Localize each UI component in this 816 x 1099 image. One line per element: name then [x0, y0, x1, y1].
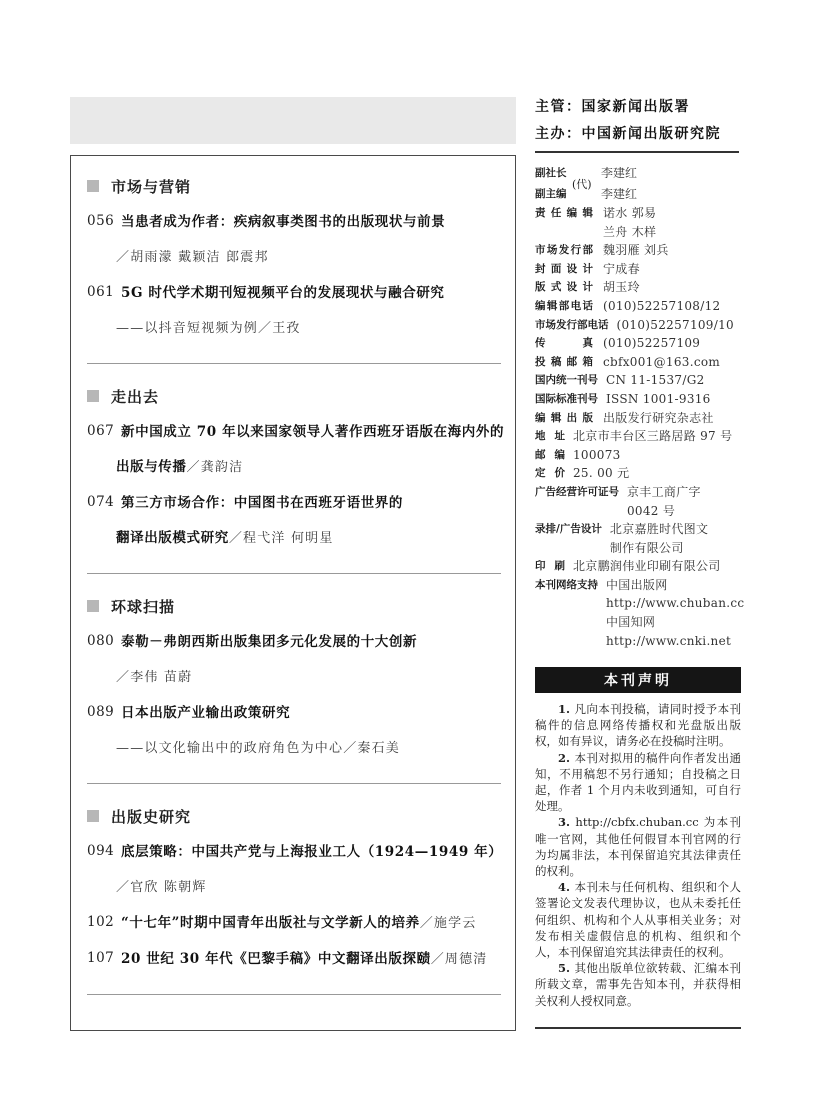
masthead-label: 市场发行部	[535, 241, 593, 260]
entry-author: ／施学云	[420, 916, 477, 931]
masthead-row: 广告经营许可证号京丰工商广字0042 号	[535, 483, 747, 520]
masthead-value-line: 魏羽雁 刘兵	[603, 241, 669, 260]
entry-title: 翻译出版模式研究	[116, 530, 229, 546]
masthead-label: 编辑出版	[535, 409, 593, 428]
acting-note: (代)	[572, 176, 592, 192]
entry-title: 第三方市场合作：中国图书在西班牙语世界的	[121, 495, 403, 511]
statement-body: 1. 凡向本刊投稿，请同时授予本刊稿件的信息网络传播权和光盘版出版权，如有异议，…	[535, 701, 741, 1009]
masthead-row: 定价25. 00 元	[535, 464, 747, 483]
masthead-value-line: 北京嘉胜时代图文	[610, 520, 708, 539]
masthead-value-line: 宁成春	[603, 260, 640, 279]
statement-title: 本刊声明	[604, 670, 672, 690]
masthead-value: (010)52257109	[603, 334, 700, 353]
masthead-row: 国内统一刊号CN 11-1537/G2	[535, 371, 747, 390]
entry-page-number: 089	[87, 695, 114, 729]
masthead-value: 诺水 郭易兰舟 木样	[603, 204, 656, 241]
toc-section: 走出去067新中国成立 70 年以来国家领导人著作西班牙语版在海内外的出版与传播…	[87, 380, 503, 556]
masthead-value-line: CN 11-1537/G2	[606, 371, 705, 390]
masthead-value-line: cbfx001@163.com	[603, 353, 720, 372]
toc-entry-line: ／官欣 陈朝辉	[87, 869, 503, 905]
toc-entry-line: 080泰勒－弗朗西斯出版集团多元化发展的十大创新	[87, 624, 503, 659]
section-bullet-icon	[87, 390, 99, 402]
section-bullet-icon	[87, 180, 99, 192]
section-bullet-icon	[87, 600, 99, 612]
masthead-row: 编辑部电话(010)52257108/12	[535, 297, 747, 316]
entry-title: 20 世纪 30 年代《巴黎手稿》中文翻译出版探赜	[121, 951, 431, 967]
deputy-editor-group: 副社长 副主编 (代) 李建红 李建红	[535, 163, 747, 204]
masthead-value: 北京嘉胜时代图文制作有限公司	[610, 520, 708, 557]
toc-entry-line: 翻译出版模式研究／程弋洋 何明星	[87, 520, 503, 556]
masthead-label: 投稿邮箱	[535, 353, 593, 372]
deputy-chief-editor-name: 李建红	[601, 184, 637, 205]
masthead-value-line: 中国出版网	[606, 576, 744, 595]
masthead-row: 编辑出版出版发行研究杂志社	[535, 409, 747, 428]
masthead-value: 100073	[573, 446, 621, 465]
masthead-gray-banner	[70, 97, 516, 144]
entry-page-number: 056	[87, 204, 114, 238]
masthead-label: 国内统一刊号	[535, 371, 598, 390]
masthead-label: 录排/广告设计	[535, 520, 602, 539]
masthead-label: 地址	[535, 427, 565, 446]
toc-section: 市场与营销056当患者成为作者：疾病叙事类图书的出版现状与前景／胡雨濛 戴颖洁 …	[87, 170, 503, 346]
masthead-label: 定价	[535, 464, 565, 483]
entry-author: ——以文化输出中的政府角色为中心／秦石美	[116, 741, 400, 756]
masthead-value: 胡玉玲	[603, 278, 640, 297]
masthead-rows: 责任编辑诺水 郭易兰舟 木样市场发行部魏羽雁 刘兵封面设计宁成春版式设计胡玉玲编…	[535, 204, 747, 650]
entry-page-number: 061	[87, 275, 114, 309]
toc-entry-line: 0615G 时代学术期刊短视频平台的发展现状与融合研究	[87, 275, 503, 310]
masthead-label: 版式设计	[535, 278, 593, 297]
deputy-labels: 副社长 副主编	[535, 163, 567, 204]
statement-paragraph: 5. 其他出版单位欲转载、汇编本刊所载文章，需事先告知本刊，并获得相关权利人授权…	[535, 960, 741, 1009]
masthead-value-line: 京丰工商广字	[627, 483, 701, 502]
masthead-value: cbfx001@163.com	[603, 353, 720, 372]
entry-title: 5G 时代学术期刊短视频平台的发展现状与融合研究	[121, 285, 445, 301]
masthead-value-line: http://www.cnki.net	[606, 632, 744, 651]
toc-section: 出版史研究094底层策略：中国共产党与上海报业工人（1924—1949 年）／官…	[87, 800, 503, 977]
masthead-value: 25. 00 元	[573, 464, 629, 483]
section-divider	[87, 994, 501, 995]
section-title: 出版史研究	[111, 808, 191, 826]
entry-page-number: 080	[87, 624, 114, 658]
section-title: 环球扫描	[111, 598, 175, 616]
statement-paragraph: 3. http://cbfx.chuban.cc 为本刊唯一官网，其他任何假冒本…	[535, 814, 741, 879]
masthead-row: 投稿邮箱cbfx001@163.com	[535, 353, 747, 372]
masthead-value-line: 出版发行研究杂志社	[603, 409, 714, 428]
masthead-value-line: 胡玉玲	[603, 278, 640, 297]
entry-title: 日本出版产业输出政策研究	[121, 705, 290, 721]
masthead-row: 本刊网络支持中国出版网http://www.chuban.cc中国知网http:…	[535, 576, 747, 650]
section-title: 走出去	[111, 388, 159, 406]
toc-entry-line: 094底层策略：中国共产党与上海报业工人（1924—1949 年）	[87, 834, 503, 869]
masthead-value-line: (010)52257108/12	[603, 297, 720, 316]
masthead-value-line: 中国知网	[606, 613, 744, 632]
masthead-label: 传真	[535, 334, 593, 353]
section-title: 市场与营销	[111, 178, 191, 196]
masthead-value: 中国出版网http://www.chuban.cc中国知网http://www.…	[606, 576, 744, 650]
entry-page-number: 094	[87, 834, 114, 868]
section-divider	[87, 573, 501, 574]
masthead-row: 市场发行部电话(010)52257109/10	[535, 316, 747, 335]
masthead-label: 邮编	[535, 446, 565, 465]
toc-panel-content: 市场与营销056当患者成为作者：疾病叙事类图书的出版现状与前景／胡雨濛 戴颖洁 …	[87, 170, 503, 995]
section-divider	[87, 783, 501, 784]
entry-title: 出版与传播	[116, 459, 187, 475]
masthead-value: 出版发行研究杂志社	[603, 409, 714, 428]
entry-author: ／李伟 苗蔚	[116, 670, 192, 685]
entry-author: ／胡雨濛 戴颖洁 郎震邦	[116, 250, 269, 265]
masthead-value-line: http://www.chuban.cc	[606, 594, 744, 613]
masthead-row: 市场发行部魏羽雁 刘兵	[535, 241, 747, 260]
masthead-label: 责任编辑	[535, 204, 593, 223]
statement-paragraph: 1. 凡向本刊投稿，请同时授予本刊稿件的信息网络传播权和光盘版出版权，如有异议，…	[535, 701, 741, 750]
masthead-value-line: (010)52257109	[603, 334, 700, 353]
publisher-block: 主管：国家新闻出版署 主办：中国新闻出版研究院	[535, 94, 741, 148]
toc-entry-line: ——以文化输出中的政府角色为中心／秦石美	[87, 730, 503, 766]
entry-title: 新中国成立 70 年以来国家领导人著作西班牙语版在海内外的	[121, 424, 504, 440]
masthead-value-line: ISSN 1001-9316	[606, 390, 711, 409]
journal-contents-page: 市场与营销056当患者成为作者：疾病叙事类图书的出版现状与前景／胡雨濛 戴颖洁 …	[0, 0, 816, 1099]
toc-entry-line: 出版与传播／龚韵洁	[87, 449, 503, 485]
toc-entry-line: 056当患者成为作者：疾病叙事类图书的出版现状与前景	[87, 204, 503, 239]
masthead-value-line: 北京市丰台区三路居路 97 号	[573, 427, 732, 446]
masthead-value-line: 0042 号	[627, 502, 701, 521]
statement-paragraph: 4. 本刊未与任何机构、组织和个人签署论文发表代理协议，也从未委托任何组织、机构…	[535, 879, 741, 960]
section-header: 市场与营销	[87, 170, 503, 204]
masthead-value-line: 兰舟 木样	[603, 223, 656, 242]
entry-page-number: 107	[87, 941, 114, 975]
entry-title: 当患者成为作者：疾病叙事类图书的出版现状与前景	[121, 214, 445, 230]
statement-header: 本刊声明	[535, 667, 741, 693]
masthead-row: 责任编辑诺水 郭易兰舟 木样	[535, 204, 747, 241]
masthead-value: 京丰工商广字0042 号	[627, 483, 701, 520]
statement-bottom-divider	[535, 1027, 741, 1029]
masthead-value-line: 25. 00 元	[573, 464, 629, 483]
entry-page-number: 102	[87, 905, 114, 939]
masthead-row: 封面设计宁成春	[535, 260, 747, 279]
masthead-value-line: 北京鹏润伟业印刷有限公司	[573, 557, 721, 576]
entry-author: ／程弋洋 何明星	[229, 531, 334, 546]
entry-page-number: 067	[87, 414, 114, 448]
masthead-value-line: 制作有限公司	[610, 539, 708, 558]
statement-item-number: 2.	[558, 751, 574, 765]
masthead-row: 邮编100073	[535, 446, 747, 465]
publisher-organizer-line: 主办：中国新闻出版研究院	[535, 121, 741, 148]
masthead-value-line: (010)52257109/10	[617, 316, 734, 335]
entry-author: ／龚韵洁	[187, 460, 244, 475]
section-header: 走出去	[87, 380, 503, 414]
section-header: 出版史研究	[87, 800, 503, 834]
masthead-value: ISSN 1001-9316	[606, 390, 711, 409]
deputy-director-name: 李建红	[601, 163, 637, 184]
statement-item-number: 5.	[558, 961, 574, 975]
toc-entry-line: 074第三方市场合作：中国图书在西班牙语世界的	[87, 485, 503, 520]
entry-title: 泰勒－弗朗西斯出版集团多元化发展的十大创新	[121, 634, 417, 650]
toc-entry-line: 102“十七年”时期中国青年出版社与文学新人的培养／施学云	[87, 905, 503, 941]
statement-paragraph: 2. 本刊对拟用的稿件向作者发出通知，不用稿恕不另行通知；自投稿之日起，作者 1…	[535, 750, 741, 815]
masthead-label: 市场发行部电话	[535, 316, 609, 335]
statement-item-number: 1.	[558, 702, 574, 716]
entry-title: “十七年”时期中国青年出版社与文学新人的培养	[121, 915, 420, 931]
masthead-value: 北京市丰台区三路居路 97 号	[573, 427, 732, 446]
toc-section: 环球扫描080泰勒－弗朗西斯出版集团多元化发展的十大创新／李伟 苗蔚089日本出…	[87, 590, 503, 766]
masthead-top-divider	[535, 151, 739, 153]
deputy-values: 李建红 李建红	[601, 163, 637, 204]
section-bullet-icon	[87, 810, 99, 822]
statement-item-number: 3.	[558, 815, 575, 829]
masthead-row: 录排/广告设计北京嘉胜时代图文制作有限公司	[535, 520, 747, 557]
masthead-value: (010)52257108/12	[603, 297, 720, 316]
masthead-value: 宁成春	[603, 260, 640, 279]
masthead-value: 魏羽雁 刘兵	[603, 241, 669, 260]
masthead-panel: 副社长 副主编 (代) 李建红 李建红 责任编辑诺水 郭易兰舟 木样市场发行部魏…	[535, 163, 747, 650]
masthead-row: 传真(010)52257109	[535, 334, 747, 353]
statement-item-number: 4.	[558, 880, 574, 894]
masthead-label: 封面设计	[535, 260, 593, 279]
masthead-label: 广告经营许可证号	[535, 483, 619, 502]
masthead-value-line: 100073	[573, 446, 621, 465]
publisher-supervisor-line: 主管：国家新闻出版署	[535, 94, 741, 121]
entry-author: ／周德清	[431, 952, 488, 967]
masthead-value-line: 诺水 郭易	[603, 204, 656, 223]
masthead-label: 国际标准刊号	[535, 390, 598, 409]
deputy-director-label: 副社长	[535, 163, 567, 184]
toc-entry-line: 067新中国成立 70 年以来国家领导人著作西班牙语版在海内外的	[87, 414, 503, 449]
deputy-chief-editor-label: 副主编	[535, 184, 567, 205]
masthead-label: 本刊网络支持	[535, 576, 598, 595]
toc-panel: 市场与营销056当患者成为作者：疾病叙事类图书的出版现状与前景／胡雨濛 戴颖洁 …	[70, 155, 516, 1031]
toc-entry-line: ／李伟 苗蔚	[87, 659, 503, 695]
entry-title: 底层策略：中国共产党与上海报业工人（1924—1949 年）	[121, 844, 502, 860]
toc-entry-line: ／胡雨濛 戴颖洁 郎震邦	[87, 239, 503, 275]
masthead-row: 版式设计胡玉玲	[535, 278, 747, 297]
masthead-label: 印刷	[535, 557, 565, 576]
toc-entry-line: 089日本出版产业输出政策研究	[87, 695, 503, 730]
section-header: 环球扫描	[87, 590, 503, 624]
toc-entry-line: 10720 世纪 30 年代《巴黎手稿》中文翻译出版探赜／周德清	[87, 941, 503, 977]
entry-author: ——以抖音短视频为例／王孜	[116, 321, 301, 336]
toc-entry-line: ——以抖音短视频为例／王孜	[87, 310, 503, 346]
masthead-row: 地址北京市丰台区三路居路 97 号	[535, 427, 747, 446]
entry-page-number: 074	[87, 485, 114, 519]
masthead-value: (010)52257109/10	[617, 316, 734, 335]
entry-author: ／官欣 陈朝辉	[116, 880, 207, 895]
masthead-value: 北京鹏润伟业印刷有限公司	[573, 557, 721, 576]
section-divider	[87, 363, 501, 364]
masthead-label: 编辑部电话	[535, 297, 593, 316]
masthead-value: CN 11-1537/G2	[606, 371, 705, 390]
masthead-row: 国际标准刊号ISSN 1001-9316	[535, 390, 747, 409]
masthead-row: 印刷北京鹏润伟业印刷有限公司	[535, 557, 747, 576]
